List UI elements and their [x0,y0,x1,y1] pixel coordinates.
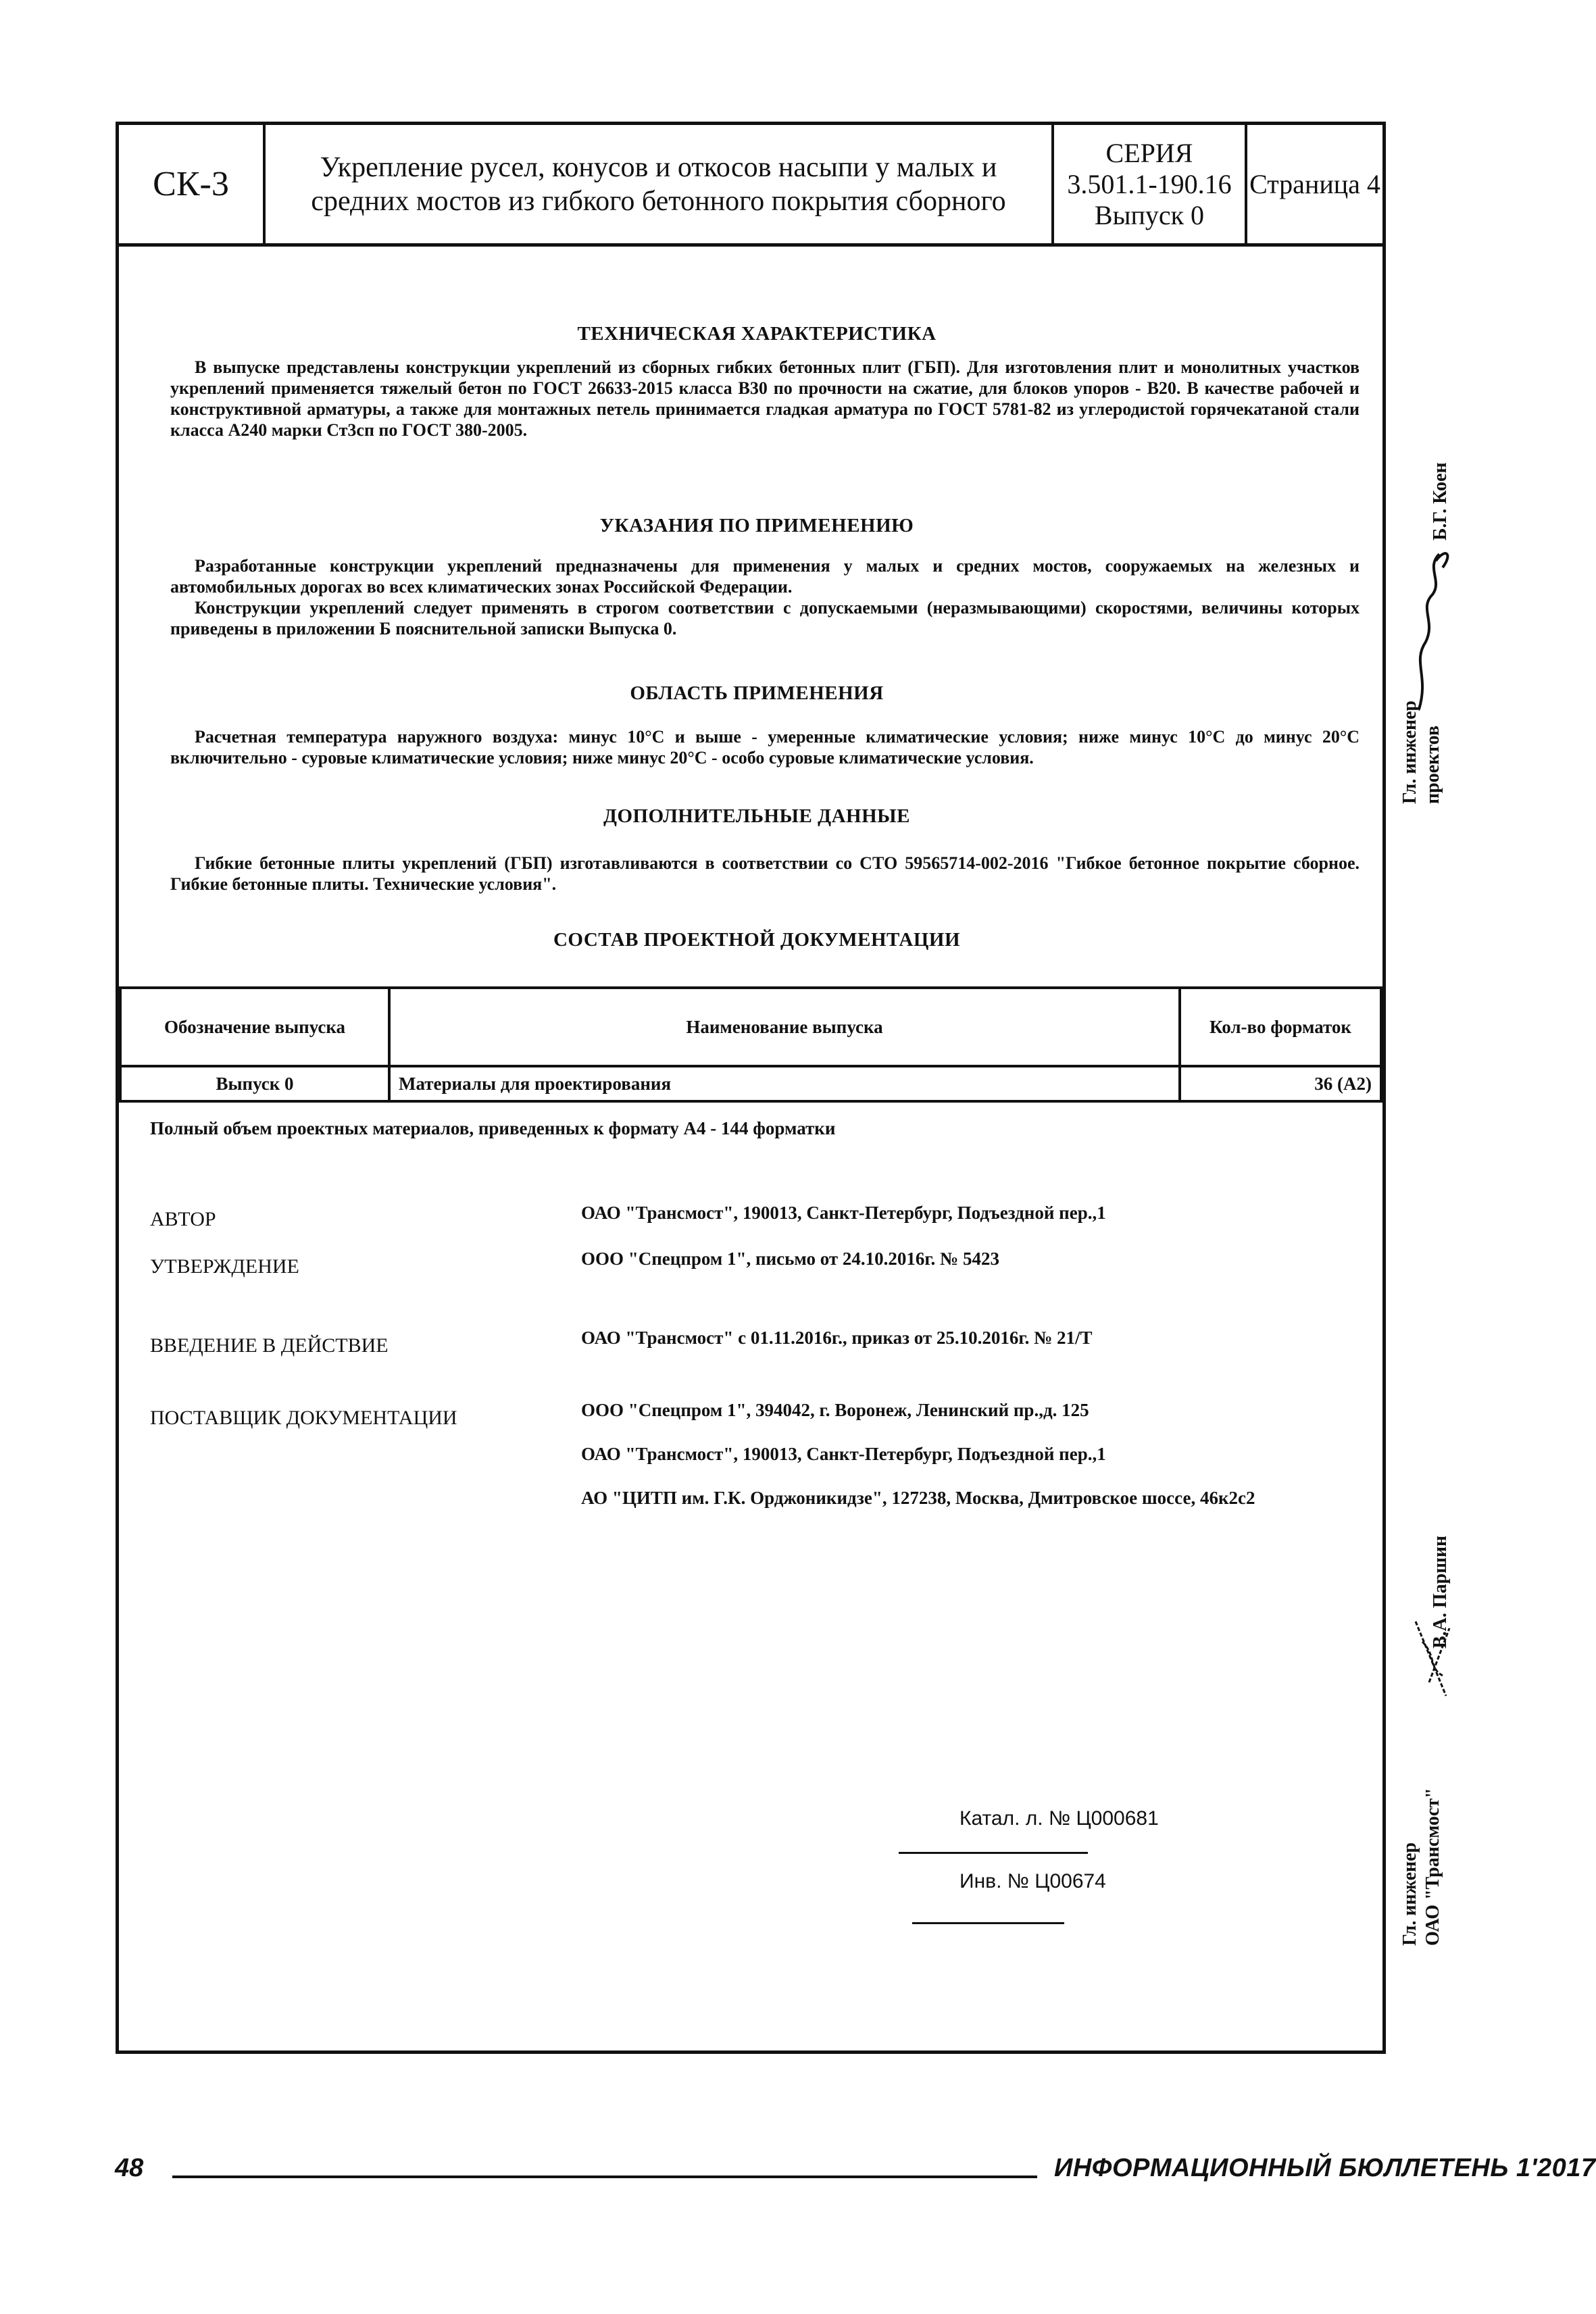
stamp-line-1 [899,1852,1088,1854]
stamp-line-2 [912,1922,1064,1924]
title-line-2: средних мостов из гибкого бетонного покр… [311,184,1005,218]
title-block: СК-3 Укрепление русел, конусов и откосов… [116,122,1386,247]
page-number: 48 [115,2154,143,2183]
author-label: АВТОР [150,1208,216,1231]
cell-count: 36 (А2) [1180,1066,1381,1101]
series-cell: СЕРИЯ 3.501.1-190.16 Выпуск 0 [1054,125,1247,243]
table-row: Выпуск 0 Материалы для проектирования 36… [120,1066,1381,1101]
section-text-usage: Разработанные конструкции укреплений пре… [170,555,1360,639]
document-code: СК-3 [119,125,266,243]
bottom-role-line-1: Гл. инженер [1399,1788,1422,1946]
col-header-designation: Обозначение выпуска [120,988,389,1066]
supplier-1: ООО "Спецпром 1", 394042, г. Воронеж, Ле… [581,1400,1089,1421]
approval-value: ООО "Спецпром 1", письмо от 24.10.2016г.… [581,1249,999,1269]
extra-text: Гибкие бетонные плиты укреплений (ГБП) и… [170,853,1360,894]
col-header-name: Наименование выпуска [389,988,1180,1066]
supplier-label: ПОСТАВЩИК ДОКУМЕНТАЦИИ [150,1407,457,1430]
full-volume-note: Полный объем проектных материалов, приве… [150,1118,835,1139]
top-signature-name: Б.Г. Коен [1429,462,1452,540]
section-text-scope: Расчетная температура наружного воздуха:… [170,726,1360,768]
enactment-value: ОАО "Трансмост" с 01.11.2016г., приказ о… [581,1328,1092,1349]
section-text-extra: Гибкие бетонные плиты укреплений (ГБП) и… [170,853,1360,895]
publication-title: ИНФОРМАЦИОННЫЙ БЮЛЛЕТЕНЬ 1'2017 [1054,2154,1596,2183]
bottom-signature-name: В.А. Паршин [1429,1536,1452,1649]
cell-name: Материалы для проектирования [389,1066,1180,1101]
usage-text-1: Разработанные конструкции укреплений пре… [170,556,1360,597]
usage-text-2: Конструкции укреплений следует применять… [170,598,1360,638]
approval-label: УТВЕРЖДЕНИЕ [150,1255,299,1278]
section-text-tech: В выпуске представлены конструкции укреп… [170,357,1360,441]
supplier-2: ОАО "Трансмост", 190013, Санкт-Петербург… [581,1444,1106,1465]
tech-text: В выпуске представлены конструкции укреп… [170,357,1360,440]
supplier-3: АО "ЦИТП им. Г.К. Орджоникидзе", 127238,… [581,1488,1255,1509]
signature-icon-top [1405,540,1460,716]
footer-rule [172,2175,1037,2178]
bottom-signature-role: Гл. инженер ОАО "Трансмост" [1399,1788,1445,1946]
inventory-number: Инв. № Ц00674 [959,1870,1106,1893]
section-title-usage: УКАЗАНИЯ ПО ПРИМЕНЕНИЮ [162,515,1351,537]
enactment-label: ВВЕДЕНИЕ В ДЕЙСТВИЕ [150,1334,389,1357]
table-header-row: Обозначение выпуска Наименование выпуска… [120,988,1381,1066]
cell-designation: Выпуск 0 [120,1066,389,1101]
title-line-1: Укрепление русел, конусов и откосов насы… [311,151,1005,184]
section-title-extra: ДОПОЛНИТЕЛЬНЫЕ ДАННЫЕ [162,805,1351,828]
series-label: СЕРИЯ [1067,138,1231,169]
composition-table: Обозначение выпуска Наименование выпуска… [119,986,1382,1103]
catalog-number: Катал. л. № Ц000681 [959,1807,1159,1830]
section-title-scope: ОБЛАСТЬ ПРИМЕНЕНИЯ [162,682,1351,705]
section-title-tech: ТЕХНИЧЕСКАЯ ХАРАКТЕРИСТИКА [162,323,1351,345]
page-label: Страница 4 [1247,125,1382,243]
issue-label: Выпуск 0 [1067,200,1231,231]
col-header-count: Кол-во форматок [1180,988,1381,1066]
scope-text: Расчетная температура наружного воздуха:… [170,727,1360,768]
bottom-role-line-2: ОАО "Трансмост" [1422,1788,1445,1946]
series-number: 3.501.1-190.16 [1067,169,1231,200]
author-value: ОАО "Трансмост", 190013, Санкт-Петербург… [581,1203,1106,1224]
section-title-composition: СОСТАВ ПРОЕКТНОЙ ДОКУМЕНТАЦИИ [162,929,1351,951]
document-title: Укрепление русел, конусов и откосов насы… [266,125,1054,243]
